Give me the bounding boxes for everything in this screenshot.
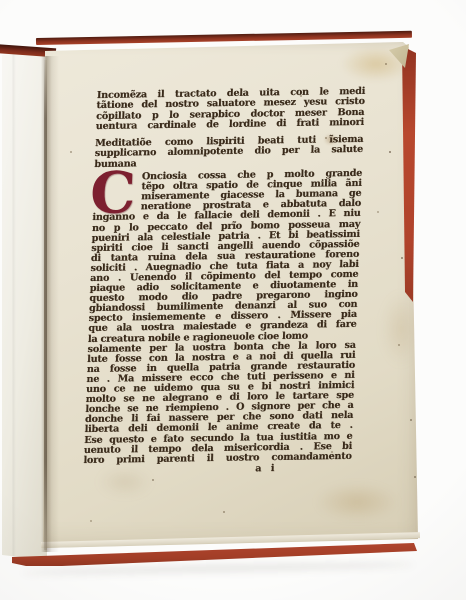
body-lines: inganno e da le fallacie deli demonii . … <box>83 209 360 466</box>
drop-cap-initial: C <box>89 171 138 218</box>
red-stained-top-edge <box>36 31 412 45</box>
book-photograph: Incomẽza il tractato dela uita con le me… <box>0 0 466 600</box>
text-line: uentura cardinale de lordine di frati mi… <box>95 118 364 133</box>
body-paragraph: C Onciosia cossa che p molto grandetẽpo … <box>83 169 362 466</box>
paper-stain <box>315 483 399 521</box>
text-block: Incomẽza il tractato dela uita con le me… <box>83 87 365 477</box>
gutter-crease <box>44 60 47 550</box>
incipit-paragraph: Incomẽza il tractato dela uita con le me… <box>95 87 365 132</box>
paper-stain <box>382 292 420 366</box>
foxing-specks <box>300 95 302 97</box>
